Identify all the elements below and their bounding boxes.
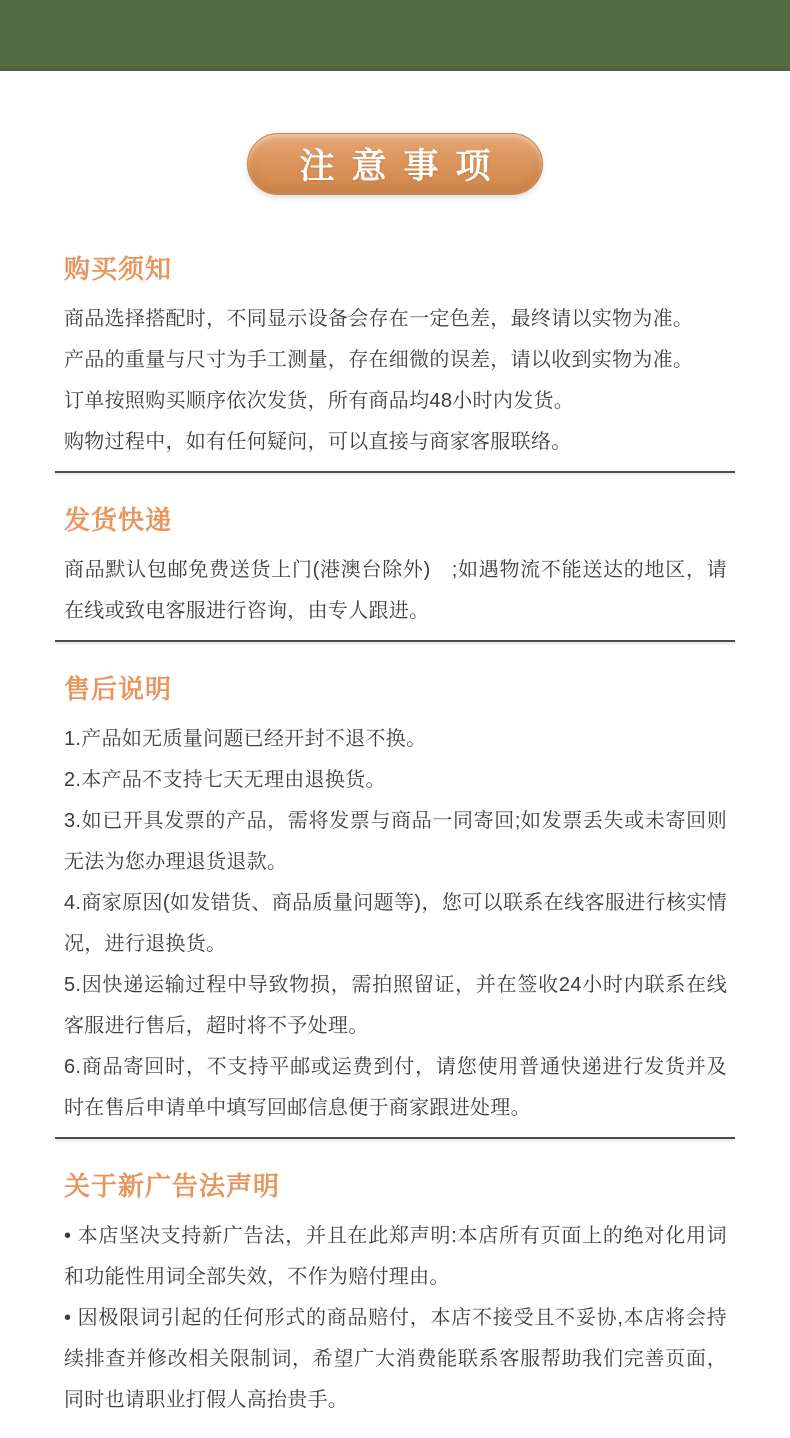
notice-paragraph: 订单按照购买顺序依次发货，所有商品均48小时内发货。: [64, 381, 727, 422]
notice-banner: 注意事项: [247, 133, 543, 195]
notice-page: 注意事项 购买须知 商品选择搭配时，不同显示设备会存在一定色差，最终请以实物为准…: [0, 0, 790, 1438]
notice-section: 购买须知 商品选择搭配时，不同显示设备会存在一定色差，最终请以实物为准。产品的重…: [64, 252, 727, 463]
notice-section: 关于新广告法声明 • 本店坚决支持新广告法，并且在此郑声明:本店所有页面上的绝对…: [64, 1169, 727, 1421]
section-title-purchase-notice: 购买须知: [64, 252, 727, 286]
notice-paragraph: 2.本产品不支持七天无理由退换货。: [64, 760, 727, 801]
notice-paragraph: 购物过程中，如有任何疑问，可以直接与商家客服联络。: [64, 422, 727, 463]
notice-paragraph: 商品选择搭配时，不同显示设备会存在一定色差，最终请以实物为准。: [64, 299, 727, 340]
section-title-after-sales: 售后说明: [64, 672, 727, 706]
notice-paragraph: 3.如已开具发票的产品，需将发票与商品一同寄回;如发票丢失或未寄回则无法为您办理…: [64, 801, 727, 883]
section-title-ad-law-statement: 关于新广告法声明: [64, 1169, 727, 1203]
notice-paragraph: 6.商品寄回时，不支持平邮或运费到付，请您使用普通快递进行发货并及时在售后申请单…: [64, 1047, 727, 1129]
notice-paragraph: 4.商家原因(如发错货、商品质量问题等)，您可以联系在线客服进行核实情况，进行退…: [64, 883, 727, 965]
top-green-bar: [0, 0, 790, 71]
notice-banner-title: 注意事项: [299, 139, 507, 189]
section-divider: [55, 1137, 735, 1139]
section-paragraphs: • 本店坚决支持新广告法，并且在此郑声明:本店所有页面上的绝对化用词和功能性用词…: [64, 1216, 727, 1421]
notice-paragraph: • 因极限词引起的任何形式的商品赔付，本店不接受且不妥协,本店将会持续排查并修改…: [64, 1298, 727, 1421]
notice-section: 发货快递 商品默认包邮免费送货上门(港澳台除外) ;如遇物流不能送达的地区，请在…: [64, 503, 727, 632]
section-paragraphs: 商品选择搭配时，不同显示设备会存在一定色差，最终请以实物为准。产品的重量与尺寸为…: [64, 299, 727, 463]
notice-paragraph: 1.产品如无质量问题已经开封不退不换。: [64, 719, 727, 760]
section-paragraphs: 1.产品如无质量问题已经开封不退不换。2.本产品不支持七天无理由退换货。3.如已…: [64, 719, 727, 1129]
section-divider: [55, 640, 735, 642]
notice-paragraph: • 本店坚决支持新广告法，并且在此郑声明:本店所有页面上的绝对化用词和功能性用词…: [64, 1216, 727, 1298]
notice-paragraph: 产品的重量与尺寸为手工测量，存在细微的误差，请以收到实物为准。: [64, 340, 727, 381]
section-paragraphs: 商品默认包邮免费送货上门(港澳台除外) ;如遇物流不能送达的地区，请在线或致电客…: [64, 550, 727, 632]
notice-paragraph: 商品默认包邮免费送货上门(港澳台除外) ;如遇物流不能送达的地区，请在线或致电客…: [64, 550, 727, 632]
notice-paragraph: 5.因快递运输过程中导致物损，需拍照留证，并在签收24小时内联系在线客服进行售后…: [64, 965, 727, 1047]
notice-content: 购买须知 商品选择搭配时，不同显示设备会存在一定色差，最终请以实物为准。产品的重…: [0, 252, 790, 1421]
section-divider: [55, 471, 735, 473]
section-title-shipping-express: 发货快递: [64, 503, 727, 537]
notice-section: 售后说明 1.产品如无质量问题已经开封不退不换。2.本产品不支持七天无理由退换货…: [64, 672, 727, 1129]
